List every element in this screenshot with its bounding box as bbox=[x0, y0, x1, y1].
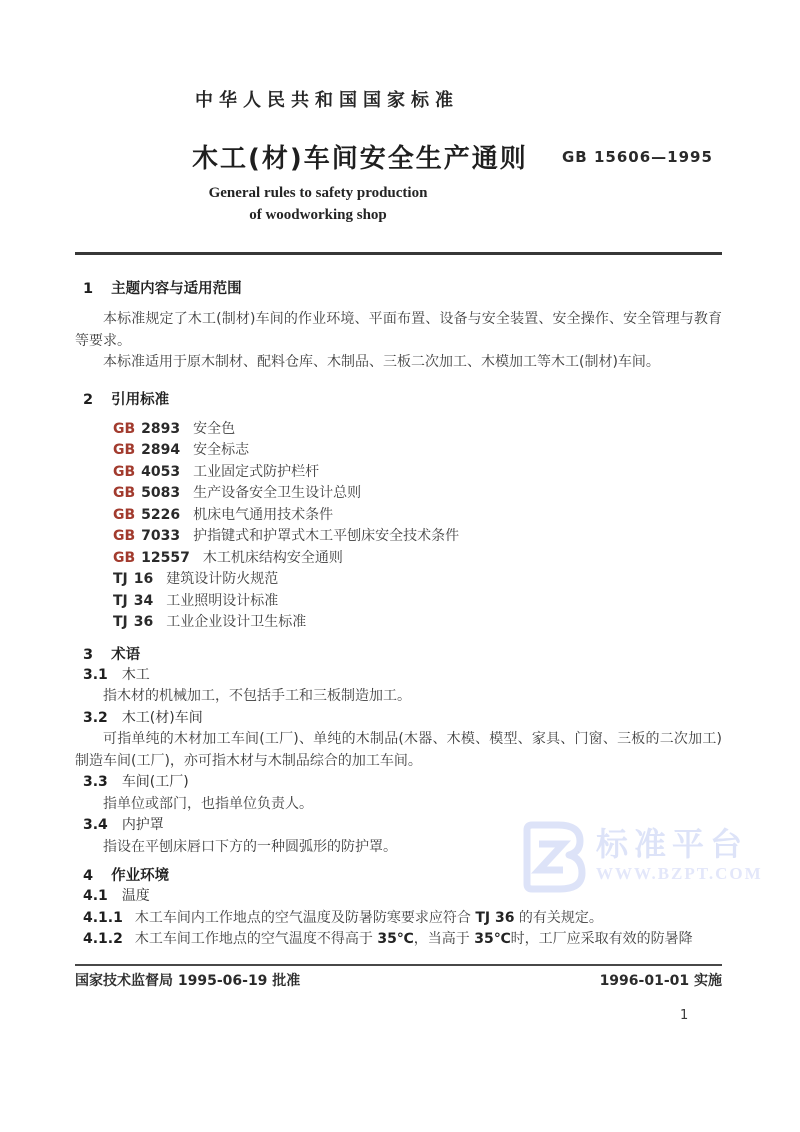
term-3-4-heading: 3.4内护罩 bbox=[75, 815, 722, 837]
section-4-heading: 4作业环境 bbox=[75, 866, 722, 886]
reference-code-prefix: GB bbox=[113, 464, 135, 480]
reference-code-number: 16 bbox=[134, 571, 153, 587]
reference-item: GB5226机床电气通用技术条件 bbox=[113, 505, 722, 527]
page-number: 1 bbox=[680, 1008, 688, 1023]
reference-title: 安全标志 bbox=[193, 442, 249, 458]
section-3-title: 术语 bbox=[111, 647, 140, 663]
section-2-number: 2 bbox=[83, 390, 93, 410]
reference-list: GB2893安全色 GB2894安全标志 GB4053工业固定式防护栏杆 GB5… bbox=[113, 419, 722, 634]
section-4-number: 4 bbox=[83, 866, 93, 886]
clause-number: 4.1 bbox=[83, 886, 108, 908]
reference-code-number: 2893 bbox=[141, 421, 180, 437]
reference-code-number: 12557 bbox=[141, 550, 190, 566]
reference-item: GB5083生产设备安全卫生设计总则 bbox=[113, 483, 722, 505]
clause-4-1-1: 4.1.1木工车间内工作地点的空气温度及防暑防寒要求应符合 TJ 36 的有关规… bbox=[75, 908, 722, 930]
approval-text: 国家技术监督局 1995-06-19 批准 bbox=[75, 970, 300, 990]
section-3-number: 3 bbox=[83, 645, 93, 665]
term-title: 木工(材)车间 bbox=[122, 710, 203, 726]
term-number: 3.4 bbox=[83, 815, 108, 837]
section-1-paragraph-1: 本标准规定了木工(制材)车间的作业环境、平面布置、设备与安全装置、安全操作、安全… bbox=[75, 309, 722, 352]
clause-text: 时，工厂应采取有效的防暑降 bbox=[511, 931, 693, 947]
term-3-2-definition: 可指单纯的木材加工车间(工厂)、单纯的木制品(木器、木模、模型、家具、门窗、三板… bbox=[75, 729, 722, 772]
clause-text: 木工车间内工作地点的空气温度及防暑防寒要求应符合 bbox=[135, 910, 475, 926]
term-title: 木工 bbox=[122, 667, 150, 683]
reference-title: 护指键式和护罩式木工平刨床安全技术条件 bbox=[193, 528, 459, 544]
clause-4-1-heading: 4.1温度 bbox=[75, 886, 722, 908]
reference-code-number: 34 bbox=[134, 593, 153, 609]
term-title: 内护罩 bbox=[122, 817, 164, 833]
reference-code-prefix: TJ bbox=[113, 614, 128, 630]
english-subtitle-line2: of woodworking shop bbox=[193, 204, 443, 226]
reference-title: 建筑设计防火规范 bbox=[166, 571, 278, 587]
clause-number: 4.1.1 bbox=[83, 908, 123, 930]
section-1-paragraph-2: 本标准适用于原木制材、配料仓库、木制品、三板二次加工、木模加工等木工(制材)车间… bbox=[75, 352, 722, 374]
term-title: 车间(工厂) bbox=[122, 774, 189, 790]
clause-text-bold: 35℃ bbox=[474, 931, 510, 947]
reference-title: 工业照明设计标准 bbox=[166, 593, 278, 609]
term-number: 3.1 bbox=[83, 665, 108, 687]
reference-code-number: 4053 bbox=[141, 464, 180, 480]
clause-text-bold: TJ 36 bbox=[475, 910, 514, 926]
reference-title: 生产设备安全卫生设计总则 bbox=[193, 485, 361, 501]
footer: 国家技术监督局 1995-06-19 批准 1996-01-01 实施 bbox=[75, 970, 722, 990]
clause-text-bold: 35℃ bbox=[377, 931, 413, 947]
section-3-heading: 3术语 bbox=[75, 645, 722, 665]
clause-text: 的有关规定。 bbox=[514, 910, 602, 926]
reference-code-prefix: GB bbox=[113, 507, 135, 523]
page-title: 木工(材)车间安全生产通则 bbox=[192, 138, 528, 175]
reference-title: 工业企业设计卫生标准 bbox=[166, 614, 306, 630]
document-body: 1主题内容与适用范围 本标准规定了木工(制材)车间的作业环境、平面布置、设备与安… bbox=[75, 272, 722, 951]
reference-code-number: 2894 bbox=[141, 442, 180, 458]
term-3-2-heading: 3.2木工(材)车间 bbox=[75, 708, 722, 730]
section-1-number: 1 bbox=[83, 279, 93, 299]
term-3-1-definition: 指木材的机械加工，不包括手工和三板制造加工。 bbox=[75, 686, 722, 708]
footer-divider bbox=[75, 964, 722, 966]
clause-number: 4.1.2 bbox=[83, 929, 123, 951]
term-3-1-heading: 3.1木工 bbox=[75, 665, 722, 687]
country-standard-line: 中华人民共和国国家标准 bbox=[195, 86, 459, 112]
term-number: 3.2 bbox=[83, 708, 108, 730]
reference-code-prefix: GB bbox=[113, 442, 135, 458]
reference-code-prefix: GB bbox=[113, 550, 135, 566]
reference-code-prefix: TJ bbox=[113, 593, 128, 609]
reference-code-prefix: GB bbox=[113, 421, 135, 437]
english-subtitle: General rules to safety production of wo… bbox=[193, 182, 443, 226]
term-3-3-definition: 指单位或部门，也指单位负责人。 bbox=[75, 794, 722, 816]
standard-document-page: 标准平台 WWW.BZPT.COM 中华人民共和国国家标准 木工(材)车间安全生… bbox=[0, 0, 800, 1132]
section-1-title: 主题内容与适用范围 bbox=[111, 281, 242, 297]
term-number: 3.3 bbox=[83, 772, 108, 794]
header-divider bbox=[75, 252, 722, 255]
section-2-title: 引用标准 bbox=[111, 392, 169, 408]
reference-title: 机床电气通用技术条件 bbox=[193, 507, 333, 523]
implementation-text: 1996-01-01 实施 bbox=[600, 970, 722, 990]
clause-title: 温度 bbox=[122, 888, 150, 904]
reference-code-prefix: GB bbox=[113, 528, 135, 544]
section-4-title: 作业环境 bbox=[111, 868, 169, 884]
term-3-3-heading: 3.3车间(工厂) bbox=[75, 772, 722, 794]
reference-item: TJ16建筑设计防火规范 bbox=[113, 569, 722, 591]
clause-text: ，当高于 bbox=[414, 931, 474, 947]
section-1-heading: 1主题内容与适用范围 bbox=[75, 279, 722, 299]
clause-text: 木工车间工作地点的空气温度不得高于 bbox=[135, 931, 377, 947]
section-2-heading: 2引用标准 bbox=[75, 390, 722, 410]
english-subtitle-line1: General rules to safety production bbox=[193, 182, 443, 204]
reference-title: 木工机床结构安全通则 bbox=[203, 550, 343, 566]
term-3-4-definition: 指设在平刨床唇口下方的一种圆弧形的防护罩。 bbox=[75, 837, 722, 859]
reference-item: GB2893安全色 bbox=[113, 419, 722, 441]
reference-code-number: 5226 bbox=[141, 507, 180, 523]
reference-item: TJ36工业企业设计卫生标准 bbox=[113, 612, 722, 634]
reference-code-number: 36 bbox=[134, 614, 153, 630]
reference-item: GB2894安全标志 bbox=[113, 440, 722, 462]
clause-4-1-2: 4.1.2木工车间工作地点的空气温度不得高于 35℃，当高于 35℃时，工厂应采… bbox=[75, 929, 722, 951]
reference-code-number: 5083 bbox=[141, 485, 180, 501]
reference-item: GB4053工业固定式防护栏杆 bbox=[113, 462, 722, 484]
reference-item: GB12557木工机床结构安全通则 bbox=[113, 548, 722, 570]
reference-code-prefix: TJ bbox=[113, 571, 128, 587]
reference-code-number: 7033 bbox=[141, 528, 180, 544]
reference-item: TJ34工业照明设计标准 bbox=[113, 591, 722, 613]
reference-item: GB7033护指键式和护罩式木工平刨床安全技术条件 bbox=[113, 526, 722, 548]
reference-title: 安全色 bbox=[193, 421, 235, 437]
reference-title: 工业固定式防护栏杆 bbox=[193, 464, 319, 480]
standard-number: GB 15606—1995 bbox=[562, 148, 713, 166]
reference-code-prefix: GB bbox=[113, 485, 135, 501]
